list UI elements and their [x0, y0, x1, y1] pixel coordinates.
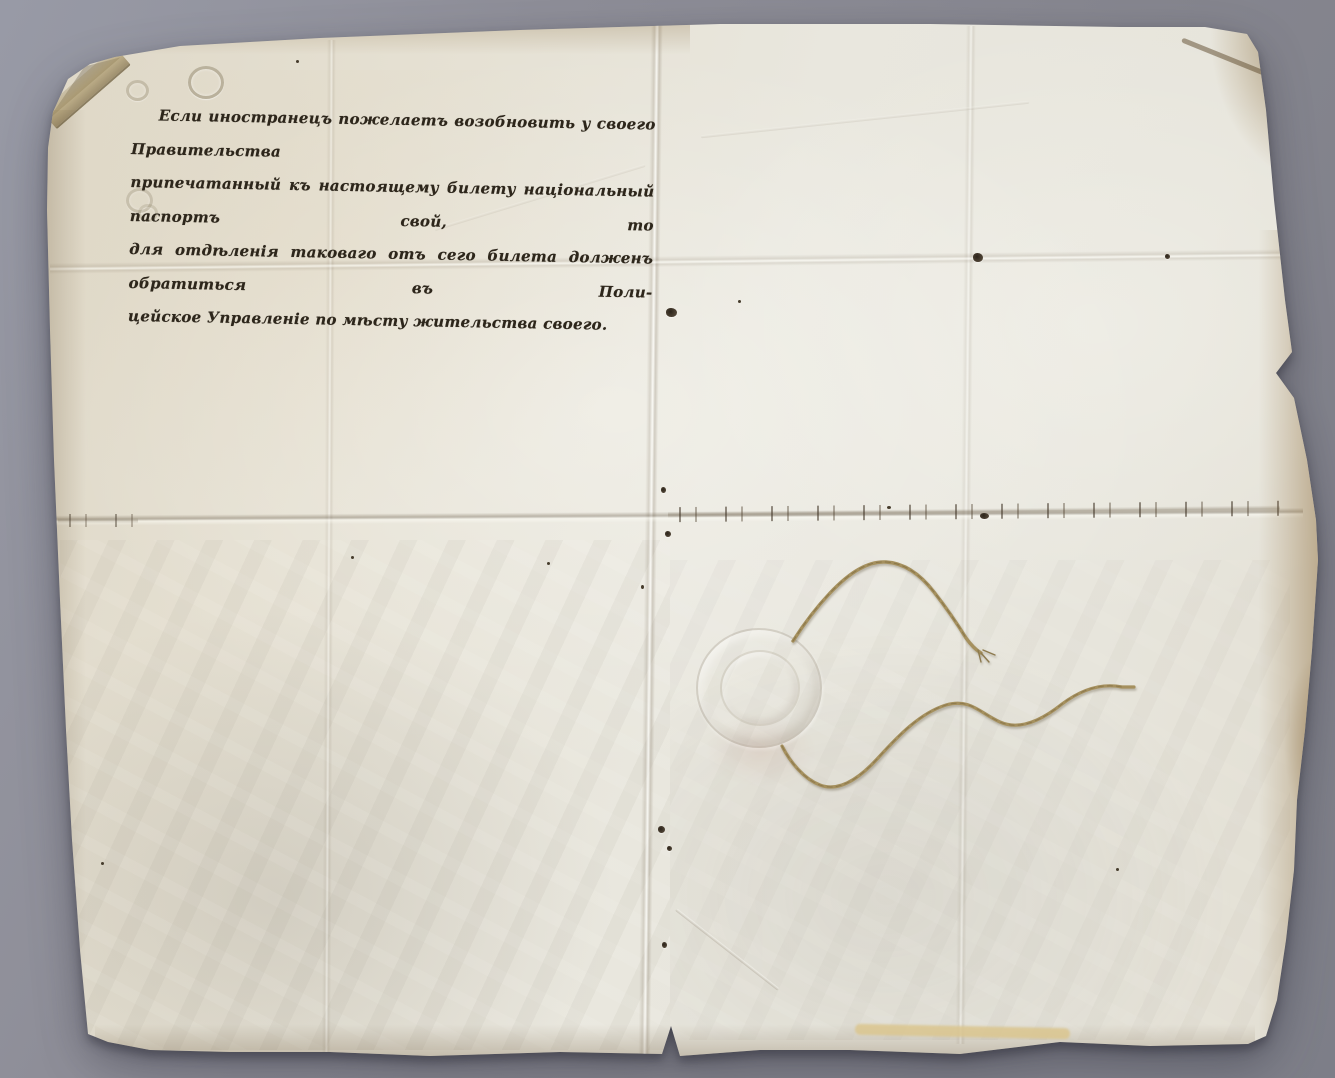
thread-lower-wave: [782, 686, 1134, 787]
document-sheet: Если иностранецъ пожелаетъ возобновить у…: [0, 0, 1335, 1078]
thread-lower-wave-twist: [782, 686, 1122, 787]
photograph-of-document: Если иностранецъ пожелаетъ возобновить у…: [0, 0, 1335, 1078]
binding-thread: [0, 0, 1335, 1078]
thread-upper-arc: [793, 562, 981, 653]
paper-sheet-shadow-wrap: Если иностранецъ пожелаетъ возобновить у…: [0, 0, 1335, 1078]
